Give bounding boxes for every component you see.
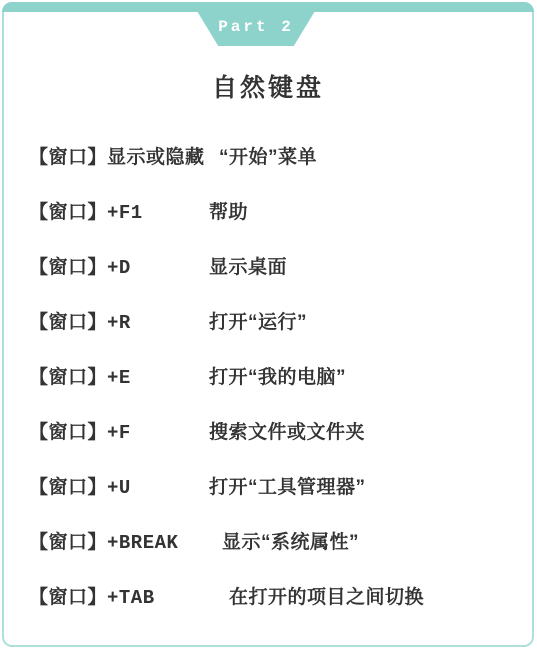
shortcut-desc: 显示“系统属性” [222,527,359,554]
shortcut-key: 【窗口】+U [29,472,209,499]
shortcut-key: 【窗口】+TAB [29,582,209,609]
part-banner: Part 2 [197,11,315,46]
shortcut-list: 【窗口】显示或隐藏 “开始”菜单 【窗口】+F1 帮助 【窗口】+D 显示桌面 … [4,128,532,623]
shortcut-desc: 打开“我的电脑” [209,362,346,389]
shortcut-desc: 显示桌面 [209,252,287,279]
part-banner-label: Part 2 [218,18,294,40]
shortcut-row: 【窗口】+D 显示桌面 [29,238,532,293]
shortcut-row: 【窗口】+TAB 在打开的项目之间切换 [29,568,532,623]
shortcut-key: 【窗口】+F1 [29,197,209,224]
shortcut-row: 【窗口】显示或隐藏 “开始”菜单 [29,128,532,183]
shortcut-card: Part 2 自然键盘 【窗口】显示或隐藏 “开始”菜单 【窗口】+F1 帮助 … [2,2,534,647]
shortcut-row: 【窗口】+F 搜索文件或文件夹 [29,403,532,458]
shortcut-key: 【窗口】+D [29,252,209,279]
shortcut-row: 【窗口】+BREAK 显示“系统属性” [29,513,532,568]
page-title: 自然键盘 [4,68,532,104]
shortcut-key: 【窗口】+BREAK [29,527,209,554]
shortcut-row: 【窗口】+F1 帮助 [29,183,532,238]
shortcut-key: 【窗口】+R [29,307,209,334]
shortcut-key: 【窗口】+F [29,417,209,444]
shortcut-key: 【窗口】+E [29,362,209,389]
shortcut-row: 【窗口】+R 打开“运行” [29,293,532,348]
shortcut-desc: 帮助 [209,197,248,224]
shortcut-desc: 打开“运行” [209,307,307,334]
shortcut-row: 【窗口】+U 打开“工具管理器” [29,458,532,513]
shortcut-row: 【窗口】+E 打开“我的电脑” [29,348,532,403]
shortcut-key: 【窗口】显示或隐藏 [29,142,209,169]
shortcut-desc: 在打开的项目之间切换 [229,582,424,609]
shortcut-desc: 打开“工具管理器” [209,472,366,499]
top-band [2,2,534,12]
shortcut-desc: 搜索文件或文件夹 [209,417,365,444]
shortcut-desc: “开始”菜单 [219,142,317,169]
